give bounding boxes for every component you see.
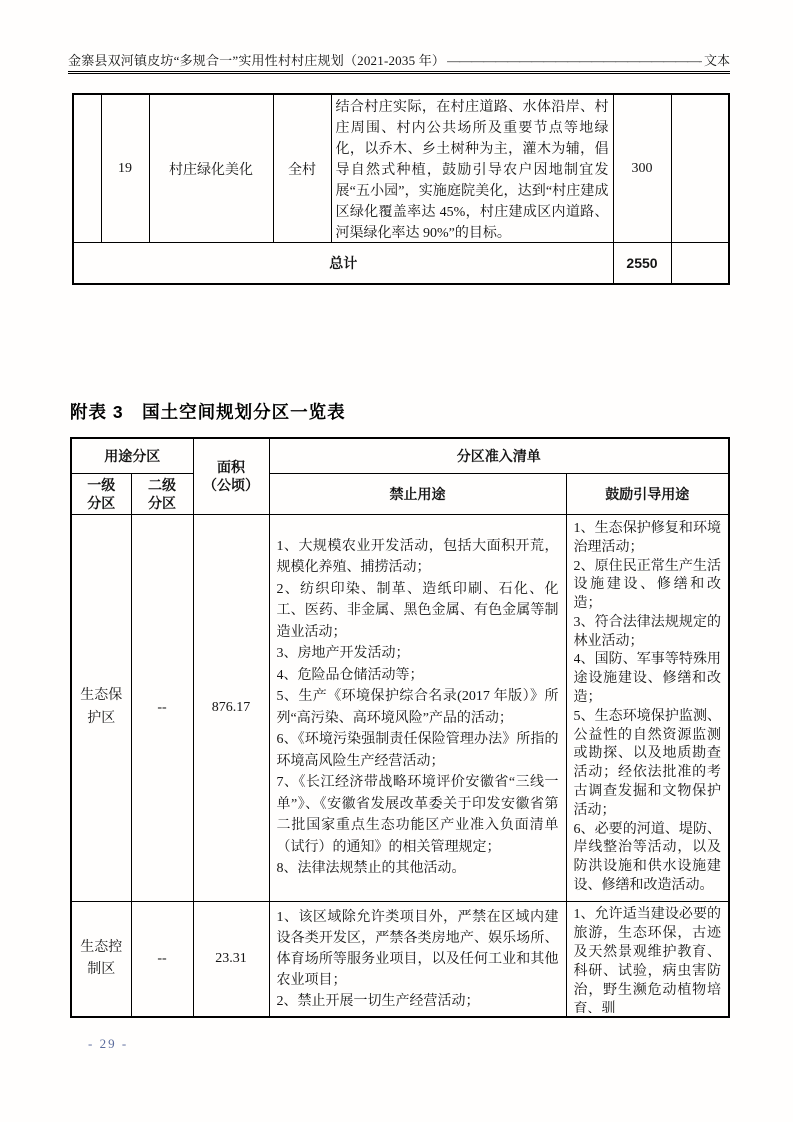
cell-empty-right [671, 94, 729, 243]
header-dash-rule: ———————————————————————— [447, 53, 702, 69]
header-prohibited: 禁止用途 [269, 473, 566, 514]
zoning-header-row-1: 用途分区 面积 （公顷） 分区准入清单 [71, 438, 729, 473]
prohibited-uses-text: 1、该区域除允许类项目外，严禁在区域内建设各类开发区，严禁各类房地产、娱乐场所、… [277, 907, 559, 1012]
page-number: - 29 - [88, 1036, 128, 1052]
zoning-row-eco-protection: 生态保护区 -- 876.17 1、大规模农业开发活动，包括大面积开荒，规模化养… [71, 514, 729, 901]
cell-zone-level1: 生态保护区 [71, 514, 131, 901]
page-header: 金寨县双河镇皮坊“多规合一”实用性村村庄规划（2021-2035 年） ————… [68, 50, 730, 74]
encouraged-uses-text: 1、允许适当建设必要的旅游，生态环保，古迹及天然景观维护教育、科研、试验，病虫害… [574, 905, 722, 1013]
cell-prohibited-uses: 1、该区域除允许类项目外，严禁在区域内建设各类开发区，严禁各类房地产、娱乐场所、… [269, 901, 566, 1017]
cell-amount: 300 [613, 94, 671, 243]
total-row: 总计 2550 [73, 243, 729, 284]
zoning-row-eco-control: 生态控制区 -- 23.31 1、该区域除允许类项目外，严禁在区域内建设各类开发… [71, 901, 729, 1017]
cell-encouraged-uses: 1、生态保护修复和环境治理活动； 2、原住民正常生产生活设施建设、修缮和改造； … [566, 514, 729, 901]
project-actions-table: 19 村庄绿化美化 全村 结合村庄实际，在村庄道路、水体沿岸、村庄周围、村内公共… [72, 93, 730, 285]
total-label: 总计 [73, 243, 613, 284]
header-level1: 一级 分区 [71, 473, 131, 514]
header-area: 面积 （公顷） [193, 438, 269, 514]
cell-prohibited-uses: 1、大规模农业开发活动，包括大面积开荒，规模化养殖、捕捞活动； 2、纺织印染、制… [269, 514, 566, 901]
header-level2: 二级 分区 [131, 473, 193, 514]
cell-description: 结合村庄实际，在村庄道路、水体沿岸、村庄周围、村内公共场所及重要节点等地绿化，以… [331, 94, 613, 243]
cell-project-name: 村庄绿化美化 [149, 94, 273, 243]
cell-zone-level2: -- [131, 901, 193, 1017]
cell-empty-right [671, 243, 729, 284]
header-title: 金寨县双河镇皮坊“多规合一”实用性村村庄规划（2021-2035 年） [68, 50, 445, 69]
cell-zone-level1: 生态控制区 [71, 901, 131, 1017]
cell-zone-area: 23.31 [193, 901, 269, 1017]
total-amount: 2550 [613, 243, 671, 284]
document-page: 金寨县双河镇皮坊“多规合一”实用性村村庄规划（2021-2035 年） ————… [0, 0, 793, 1122]
cell-zone-level2: -- [131, 514, 193, 901]
cell-empty-left [73, 94, 101, 243]
description-text: 结合村庄实际，在村庄道路、水体沿岸、村庄周围、村内公共场所及重要节点等地绿化，以… [336, 97, 609, 240]
section-heading: 附表 3 国土空间规划分区一览表 [70, 399, 346, 424]
cell-scope: 全村 [273, 94, 331, 243]
cell-encouraged-uses: 1、允许适当建设必要的旅游，生态环保，古迹及天然景观维护教育、科研、试验，病虫害… [566, 901, 729, 1017]
cell-row-number: 19 [101, 94, 149, 243]
zoning-table: 用途分区 面积 （公顷） 分区准入清单 一级 分区 二级 分区 禁止用途 鼓励引… [70, 437, 730, 1018]
header-access-list: 分区准入清单 [269, 438, 729, 473]
cell-zone-area: 876.17 [193, 514, 269, 901]
zoning-header-row-2: 一级 分区 二级 分区 禁止用途 鼓励引导用途 [71, 473, 729, 514]
header-encouraged: 鼓励引导用途 [566, 473, 729, 514]
header-use-zone: 用途分区 [71, 438, 193, 473]
header-doc-label: 文本 [704, 50, 730, 69]
encouraged-uses-text: 1、生态保护修复和环境治理活动； 2、原住民正常生产生活设施建设、修缮和改造； … [574, 520, 722, 896]
prohibited-uses-text: 1、大规模农业开发活动，包括大面积开荒，规模化养殖、捕捞活动； 2、纺织印染、制… [277, 536, 559, 880]
table-row-19: 19 村庄绿化美化 全村 结合村庄实际，在村庄道路、水体沿岸、村庄周围、村内公共… [73, 94, 729, 243]
